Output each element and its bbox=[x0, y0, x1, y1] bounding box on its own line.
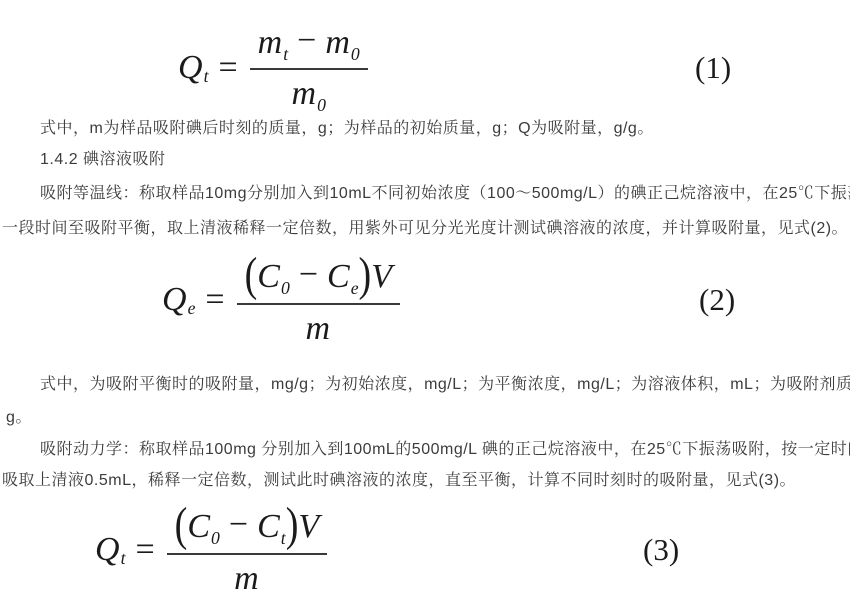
close-paren: ) bbox=[286, 497, 299, 552]
eq2-num-term-b: C bbox=[327, 258, 350, 296]
equation-1-number: (1) bbox=[695, 50, 731, 86]
equals-sign: = bbox=[218, 49, 237, 87]
eq3-num-term-a: C bbox=[187, 508, 210, 546]
eq2-denominator: m bbox=[306, 305, 332, 348]
isotherm-paragraph-line-1: 吸附等温线：称取样品10mg分别加入到10mL不同初始浓度（100～500mg/… bbox=[40, 184, 850, 204]
eq3-num-factor: V bbox=[298, 508, 319, 546]
eq3-numerator: ( C0 − Ct ) V bbox=[167, 503, 327, 555]
eq2-num-term-a: C bbox=[257, 258, 280, 296]
eq1-den-term: m bbox=[292, 75, 317, 113]
equation-2-math: Qe = ( C0 − Ce ) V m bbox=[162, 253, 400, 348]
eq3-denominator: m bbox=[234, 555, 260, 591]
close-paren: ) bbox=[359, 247, 372, 302]
equals-sign: = bbox=[205, 281, 224, 319]
open-paren: ( bbox=[245, 247, 258, 302]
eq1-denominator: m0 bbox=[292, 70, 326, 113]
eq1-lhs: Q bbox=[178, 49, 203, 87]
eq1-fraction: mt − m0 m0 bbox=[250, 24, 368, 113]
kinetics-paragraph-line-1: 吸附动力学：称取样品100mg 分别加入到100mL的500mg/L 碘的正己烷… bbox=[40, 440, 850, 460]
eq3-num-term-b: C bbox=[257, 508, 280, 546]
eq2-lhs: Q bbox=[162, 281, 187, 319]
eq2-den-term: m bbox=[306, 310, 331, 348]
eq2-note-line-1: 式中，为吸附平衡时的吸附量，mg/g；为初始浓度，mg/L；为平衡浓度，mg/L… bbox=[40, 375, 850, 395]
equals-sign: = bbox=[135, 531, 154, 569]
eq2-numerator: ( C0 − Ce ) V bbox=[237, 253, 400, 305]
eq1-num-term-a: m bbox=[258, 24, 283, 62]
eq3-lhs: Q bbox=[95, 531, 120, 569]
equation-3-number: (3) bbox=[643, 532, 679, 568]
kinetics-paragraph-line-2: 吸取上清液0.5mL，稀释一定倍数，测试此时碘溶液的浓度，直至平衡，计算不同时刻… bbox=[2, 471, 796, 491]
equation-2-number: (2) bbox=[699, 282, 735, 318]
section-heading: 1.4.2 碘溶液吸附 bbox=[40, 150, 166, 170]
equation-2: Qe = ( C0 − Ce ) V m (2) bbox=[0, 252, 850, 348]
equation-3: Qt = ( C0 − Ct ) V m (3) bbox=[0, 502, 850, 591]
isotherm-paragraph-line-2: 一段时间至吸附平衡，取上清液稀释一定倍数，用紫外可见分光光度计测试碘溶液的浓度，… bbox=[2, 219, 848, 239]
eq2-num-factor: V bbox=[371, 258, 392, 296]
equation-3-math: Qt = ( C0 − Ct ) V m bbox=[95, 503, 327, 591]
eq3-den-term: m bbox=[234, 560, 259, 591]
equation-1-math: Qt = mt − m0 m0 bbox=[178, 24, 368, 113]
eq1-note-line: 式中，m为样品吸附碘后时刻的质量，g；为样品的初始质量，g；Q为吸附量，g/g。 bbox=[40, 119, 654, 139]
open-paren: ( bbox=[175, 497, 188, 552]
equation-1: Qt = mt − m0 m0 (1) bbox=[0, 20, 850, 116]
eq1-numerator: mt − m0 bbox=[250, 24, 368, 70]
eq2-fraction: ( C0 − Ce ) V m bbox=[237, 253, 400, 348]
minus-sign: − bbox=[299, 256, 318, 294]
document-page: Qt = mt − m0 m0 (1) 式中，m为样品吸附碘后时刻的质量，g；为… bbox=[0, 0, 850, 591]
minus-sign: − bbox=[297, 22, 316, 60]
minus-sign: − bbox=[229, 506, 248, 544]
eq2-note-line-2: g。 bbox=[6, 408, 32, 428]
eq3-fraction: ( C0 − Ct ) V m bbox=[167, 503, 327, 591]
eq1-num-term-b: m bbox=[325, 24, 350, 62]
